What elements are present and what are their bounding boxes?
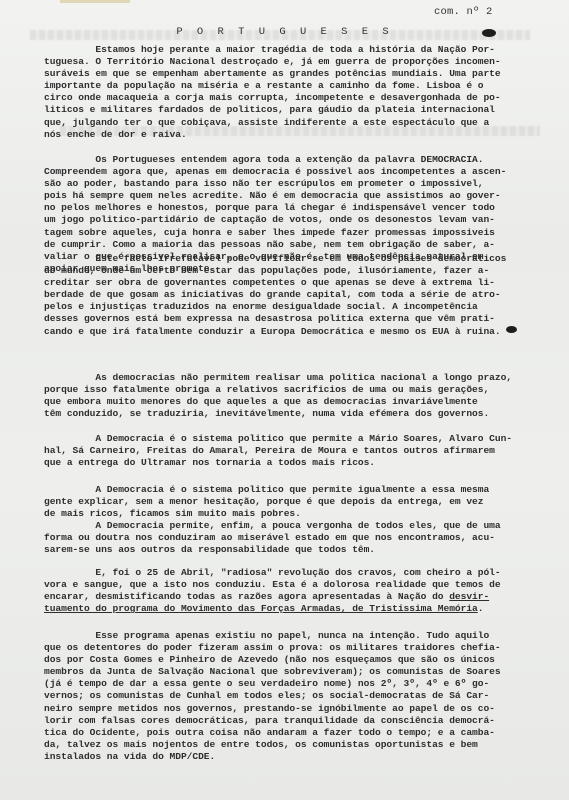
paragraph: A Democracia é o sistema politico que pe… xyxy=(44,484,544,520)
text-line: sarem-se uns aos outros da responsabilid… xyxy=(44,544,544,556)
text-line: um jogo politico-partidário de captação … xyxy=(44,214,544,226)
text-line: cando e que irá fatalmente conduzir a Eu… xyxy=(44,326,544,338)
text-line: que a entrega do Ultramar nos tornaria a… xyxy=(44,457,544,469)
text-line: que os detentores do poder fizeram assim… xyxy=(44,642,544,654)
text-line: instalados na vida do MDP/CDE. xyxy=(44,751,544,763)
text-line: tuamento do programa do Movimento das Fo… xyxy=(44,603,544,615)
document-reference: com. nº 2 xyxy=(434,6,493,18)
text-line: dos por Costa Gomes e Pinheiro de Azeved… xyxy=(44,654,544,666)
text-line: pois há sempre quem neles acredite. Não … xyxy=(44,190,544,202)
text-line: vora e sangue, que a isto nos conduziu. … xyxy=(44,579,544,591)
text-line: hal, Sá Carneiro, Freitas do Amaral, Per… xyxy=(44,445,544,457)
text-line: membros da Junta de Salvação Nacional qu… xyxy=(44,666,544,678)
ink-blot xyxy=(482,29,496,37)
paragraph: Este facto irrefutável pode verificar-se… xyxy=(44,253,544,338)
text-line: forma ou doutra nos conduziram ao miserá… xyxy=(44,532,544,544)
text-line: que, julgando ter o que cobiçava, assist… xyxy=(44,117,544,129)
text-end: . xyxy=(478,603,484,614)
text-line: creditar ser obra de governantes compete… xyxy=(44,277,544,289)
paragraph: Estamos hoje perante a maior tragédia de… xyxy=(44,44,544,141)
text-line: do mundo, onde um certo bem estar das po… xyxy=(44,265,544,277)
text-line: E, foi o 25 de Abril, "radiosa" revoluçã… xyxy=(44,567,544,579)
text-line: pelos e injustiças traduzidos na enorme … xyxy=(44,301,544,313)
text-line: encarar, desmistificando todas as razões… xyxy=(44,591,544,603)
paragraph: Esse programa apenas existiu no papel, n… xyxy=(44,630,544,763)
text-line: de cumprir. Como a maioria das pessoas n… xyxy=(44,239,544,251)
text-line: importante da população na miséria e a r… xyxy=(44,80,544,92)
text-line: A Democracia é o sistema politico que pe… xyxy=(44,433,544,445)
underlined-text: desvir- xyxy=(449,591,489,602)
text-line: Compreendem agora que, apenas em democra… xyxy=(44,166,544,178)
text-line: tuguesa. O Território Nacional destroçad… xyxy=(44,56,544,68)
text-line: berdade de que gosam as iniciativas do g… xyxy=(44,289,544,301)
text-line: tica do Ocidente, pois outra coisa não a… xyxy=(44,727,544,739)
paragraph: E, foi o 25 de Abril, "radiosa" revoluçã… xyxy=(44,567,544,615)
text-line: de mais ricos, ficamos sim muito mais po… xyxy=(44,508,544,520)
text-line: vernos; os comunistas de Cunhal em todos… xyxy=(44,690,544,702)
scanned-page: com. nº 2 P O R T U G U E S E S Estamos … xyxy=(0,0,569,800)
text-line: são ao poder, bastando para isso não ter… xyxy=(44,178,544,190)
text-line: (já é tempo de dar a essa gente o seu ve… xyxy=(44,678,544,690)
text-line: desses governos está bem expressa na des… xyxy=(44,313,544,325)
text-line: Os Portugueses entendem agora toda a ext… xyxy=(44,154,544,166)
text-line: A Democracia permite, enfim, a pouca ver… xyxy=(44,520,544,532)
text-line: A Democracia é o sistema politico que pe… xyxy=(44,484,544,496)
text-line: neiro sempre metidos nos governos, prest… xyxy=(44,703,544,715)
text-line: circo onde macaqueia a corja mais corrup… xyxy=(44,92,544,104)
paragraph: A Democracia é o sistema politico que pe… xyxy=(44,433,544,469)
text-line: nós enche de dor e raiva. xyxy=(44,129,544,141)
text-line: da, talvez os mais nojentos de entre tod… xyxy=(44,739,544,751)
text-line: lorir com falsas cores democráticas, par… xyxy=(44,715,544,727)
text-line: gente explicar, sem a menor hesitação, p… xyxy=(44,496,544,508)
text-line: no pelos melhores e honestos, porque par… xyxy=(44,202,544,214)
text-line: Estamos hoje perante a maior tragédia de… xyxy=(44,44,544,56)
text-line: liticos e militares fardados de politico… xyxy=(44,104,544,116)
paragraph: As democracias não permitem realisar uma… xyxy=(44,372,544,420)
text-line: As democracias não permitem realisar uma… xyxy=(44,372,544,384)
underlined-text: tuamento do programa do Movimento das Fo… xyxy=(44,603,478,614)
text-line: porque isso fatalmente obriga a relativo… xyxy=(44,384,544,396)
text-line: suráveis em que se empenham abertamente … xyxy=(44,68,544,80)
text-line: têm conduzido, se traduziria, inevitável… xyxy=(44,408,544,420)
text-line: tagem sobre aqueles, cuja honra e saber … xyxy=(44,227,544,239)
text-line: Esse programa apenas existiu no papel, n… xyxy=(44,630,544,642)
text-line: Este facto irrefutável pode verificar-se… xyxy=(44,253,544,265)
paragraph: A Democracia permite, enfim, a pouca ver… xyxy=(44,520,544,556)
paper-edge-strip xyxy=(60,0,130,3)
text-line: que embora muito menores do que aqueles … xyxy=(44,396,544,408)
